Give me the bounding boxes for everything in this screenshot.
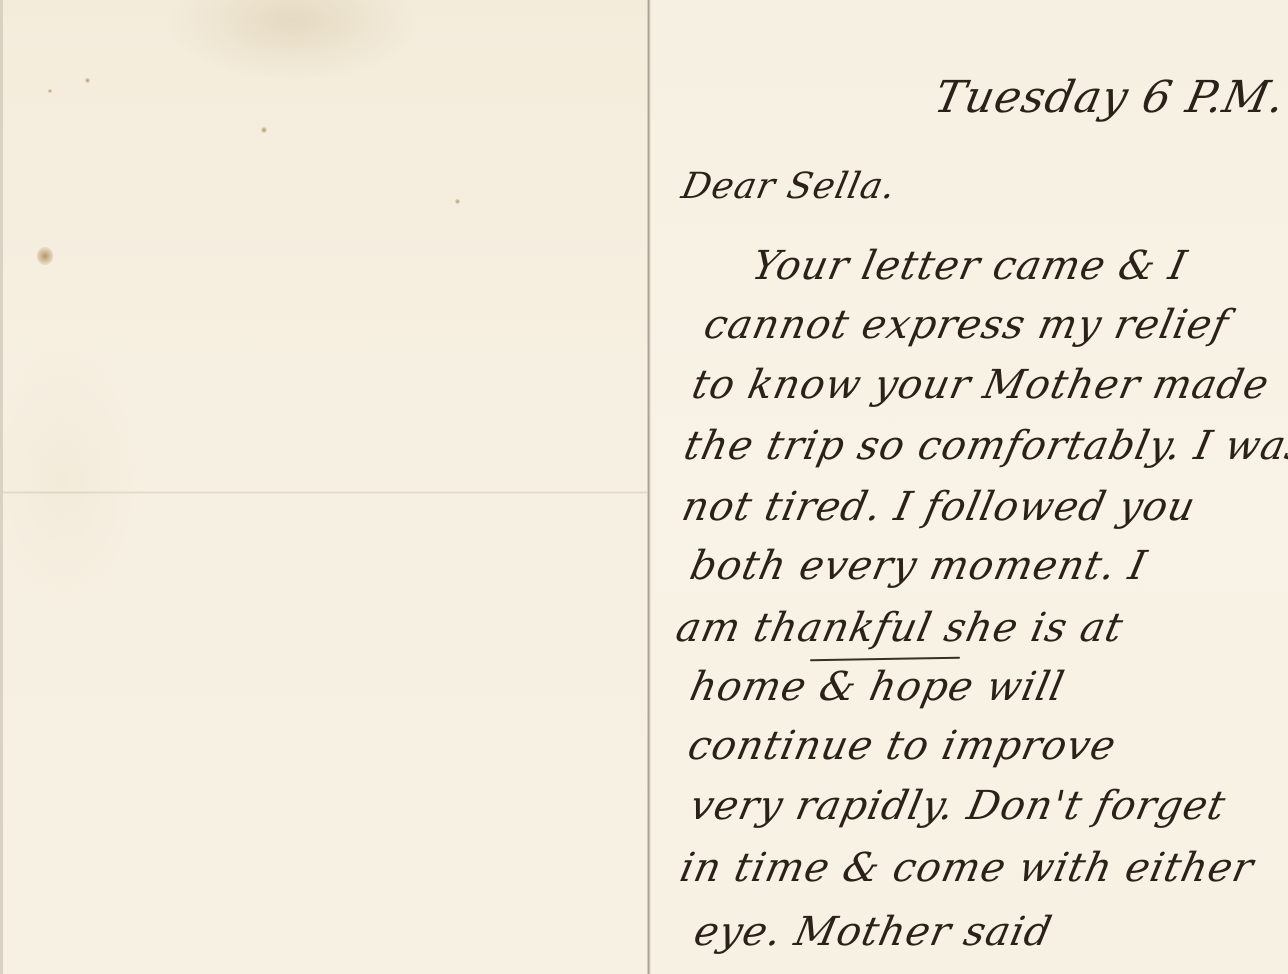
foxing-spot [48, 89, 52, 93]
foxing-spot [455, 199, 460, 204]
letter-line: home & hope will [686, 664, 1069, 710]
letter-line: cannot express my relief [700, 302, 1233, 348]
foxing-spot [37, 247, 53, 265]
letter-line: in time & come with either [676, 845, 1258, 891]
letter-date: Tuesday 6 P.M. [930, 72, 1288, 123]
letter-line: to know your Mother made [688, 362, 1273, 408]
letter-line: eye. Mother said [690, 909, 1056, 955]
foxing-spot [85, 78, 90, 83]
letter-line: am thankful she is at [672, 605, 1128, 651]
horizontal-fold-crease [3, 491, 651, 494]
letter-line: the trip so comfortably. I was [680, 423, 1288, 469]
letter-line: Your letter came & I [748, 243, 1191, 289]
letter-sheet: Tuesday 6 P.M. Dear Sella. Your letter c… [0, 0, 1288, 974]
letter-line: both every moment. I [686, 543, 1151, 589]
letter-line: not tired. I followed you [678, 484, 1200, 530]
letter-line: continue to improve [684, 723, 1120, 769]
letter-salutation: Dear Sella. [678, 166, 900, 207]
letter-line: very rapidly. Don't forget [686, 783, 1230, 829]
left-page-blank [0, 0, 651, 974]
foxing-spot [261, 127, 267, 133]
